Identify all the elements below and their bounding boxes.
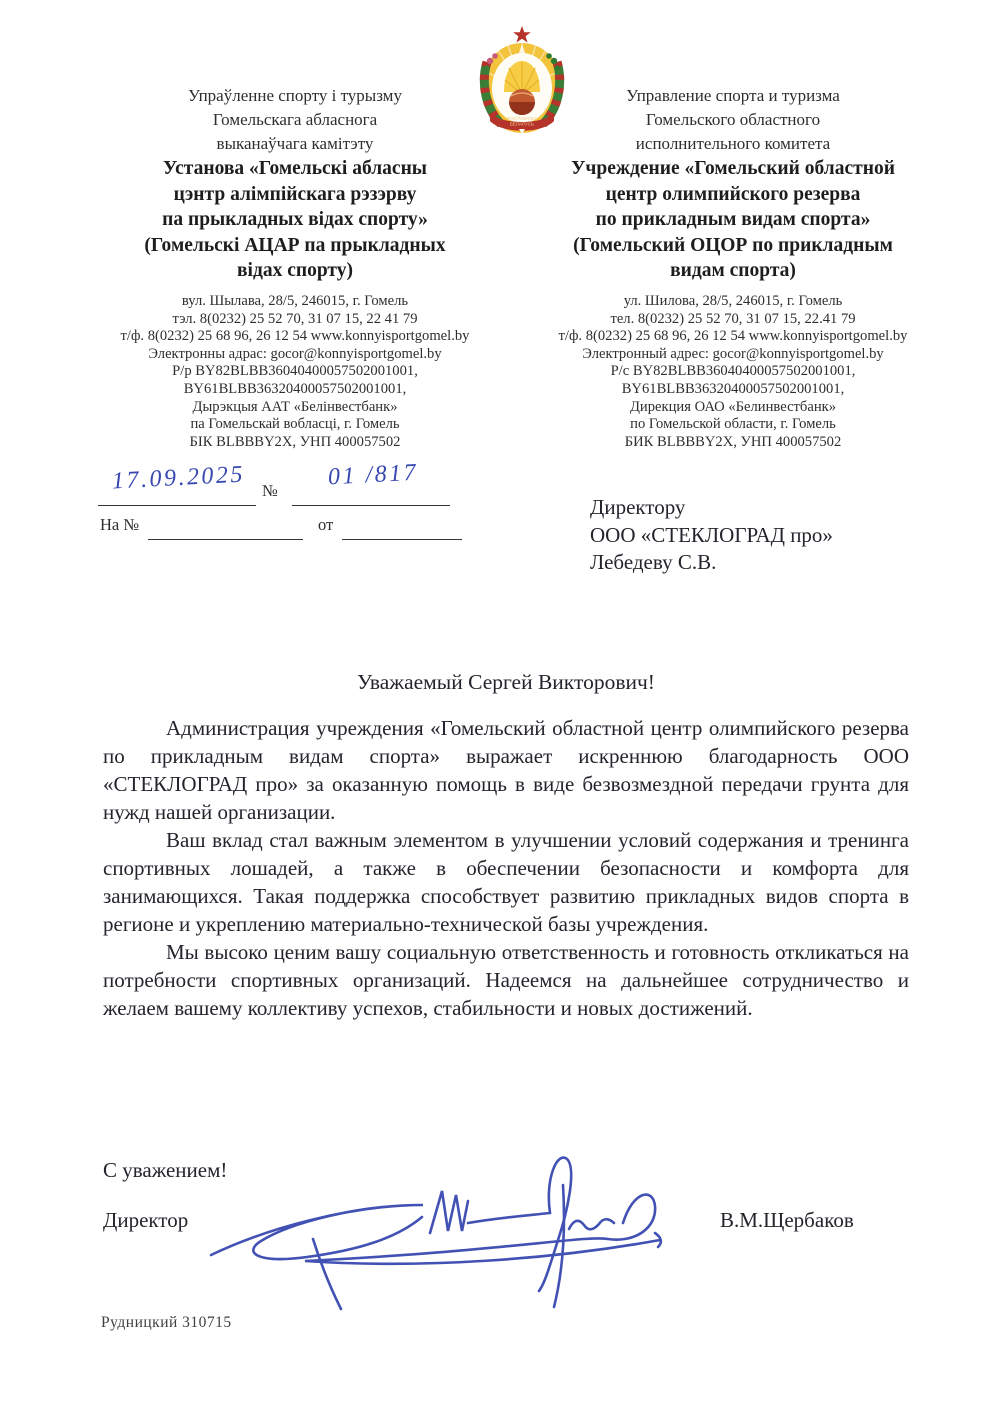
dept-line: Упраўленне спорту і турызму xyxy=(115,84,475,108)
signature-ink xyxy=(205,1143,675,1313)
body-paragraph: Ваш вклад стал важным элементом в улучше… xyxy=(103,826,909,938)
emblem-banner-text-1: РЭСПУБЛІКА xyxy=(508,116,538,121)
addr-line: вул. Шылава, 28/5, 246015, г. Гомель xyxy=(85,293,505,311)
body-paragraph: Мы высоко ценим вашу социальную ответств… xyxy=(103,938,909,1022)
org-line: цэнтр алімпійскага рэзэрву xyxy=(95,182,495,208)
org-line: (Гомельский ОЦОР по прикладным xyxy=(533,233,933,259)
handwritten-number: 01 /817 xyxy=(327,460,418,492)
org-line: центр олимпийского резерва xyxy=(533,182,933,208)
salutation: Уважаемый Сергей Викторович! xyxy=(103,670,909,695)
addr-line: Р/с BY82BLBB36040400057502001001, xyxy=(523,363,943,381)
closing-signed-by: В.М.Щербаков xyxy=(720,1208,854,1233)
addr-line: т/ф. 8(0232) 25 68 96, 26 12 54 www.konn… xyxy=(523,328,943,346)
date-underline xyxy=(98,505,256,506)
in-reply-underline xyxy=(148,539,303,540)
addr-line: BY61BLBB36320400057502001001, xyxy=(85,381,505,399)
addr-line: BY61BLBB36320400057502001001, xyxy=(523,381,943,399)
addr-line: ул. Шилова, 28/5, 246015, г. Гомель xyxy=(523,293,943,311)
org-line: відах спорту) xyxy=(95,258,495,284)
addr-line: тэл. 8(0232) 25 52 70, 31 07 15, 22 41 7… xyxy=(85,311,505,329)
addr-line: Дирекция ОАО «Белинвестбанк» xyxy=(523,399,943,417)
from-label: от xyxy=(318,515,333,535)
addr-line: т/ф. 8(0232) 25 68 96, 26 12 54 www.konn… xyxy=(85,328,505,346)
dept-line: исполнительного комитета xyxy=(553,132,913,156)
letterhead-left-organization: Установа «Гомельскі абласны цэнтр алімпі… xyxy=(95,156,495,284)
org-line: по прикладным видам спорта» xyxy=(533,207,933,233)
dept-line: выканаўчага камітэту xyxy=(115,132,475,156)
addressee-block: Директору ООО «СТЕКЛОГРАД про» Лебедеву … xyxy=(590,494,930,577)
from-underline xyxy=(342,539,462,540)
addr-line: Электронны адрас: gocor@konnyisportgomel… xyxy=(85,346,505,364)
dept-line: Гомельскага абласнога xyxy=(115,108,475,132)
org-line: Установа «Гомельскі абласны xyxy=(95,156,495,182)
addressee-line: Директору xyxy=(590,494,930,522)
org-line: видам спорта) xyxy=(533,258,933,284)
executor-note: Рудницкий 310715 xyxy=(101,1314,232,1332)
number-sign-label: № xyxy=(262,481,278,501)
addressee-line: ООО «СТЕКЛОГРАД про» xyxy=(590,522,930,550)
addr-line: БІК BLBBBY2X, УНП 400057502 xyxy=(85,434,505,452)
addr-line: Электронный адрес: gocor@konnyisportgome… xyxy=(523,346,943,364)
handwritten-date: 17.09.2025 xyxy=(111,462,245,496)
number-underline xyxy=(292,505,450,506)
org-line: па прыкладных відах спорту» xyxy=(95,207,495,233)
addr-line: тел. 8(0232) 25 52 70, 31 07 15, 22.41 7… xyxy=(523,311,943,329)
addr-line: Р/р BY82BLBB36040400057502001001, xyxy=(85,363,505,381)
body-paragraph: Администрация учреждения «Гомельский обл… xyxy=(103,714,909,826)
org-line: (Гомельскі АЦАР па прыкладных xyxy=(95,233,495,259)
in-reply-label: На № xyxy=(100,515,139,535)
addr-line: БИК BLBBBY2X, УНП 400057502 xyxy=(523,434,943,452)
addr-line: Дырэкцыя ААТ «Белінвестбанк» xyxy=(85,399,505,417)
closing-position: Директор xyxy=(103,1208,188,1233)
dept-line: Управление спорта и туризма xyxy=(553,84,913,108)
addr-line: па Гомельскай вобласці, г. Гомель xyxy=(85,416,505,434)
letterhead-right-address: ул. Шилова, 28/5, 246015, г. Гомель тел.… xyxy=(523,293,943,451)
letterhead-right-organization: Учреждение «Гомельский областной центр о… xyxy=(533,156,933,284)
emblem-banner-text-2: БЕЛАРУСЬ xyxy=(510,122,534,127)
scanned-letter-page: РЭСПУБЛІКА БЕЛАРУСЬ Упраўленне спорту і … xyxy=(0,0,1000,1415)
dept-line: Гомельского областного xyxy=(553,108,913,132)
letterhead-right-department: Управление спорта и туризма Гомельского … xyxy=(553,84,913,156)
letter-body: Администрация учреждения «Гомельский обл… xyxy=(103,714,909,1022)
addressee-line: Лебедеву С.В. xyxy=(590,549,930,577)
letterhead-left-address: вул. Шылава, 28/5, 246015, г. Гомель тэл… xyxy=(85,293,505,451)
letterhead-left-department: Упраўленне спорту і турызму Гомельскага … xyxy=(115,84,475,156)
addr-line: по Гомельской области, г. Гомель xyxy=(523,416,943,434)
org-line: Учреждение «Гомельский областной xyxy=(533,156,933,182)
